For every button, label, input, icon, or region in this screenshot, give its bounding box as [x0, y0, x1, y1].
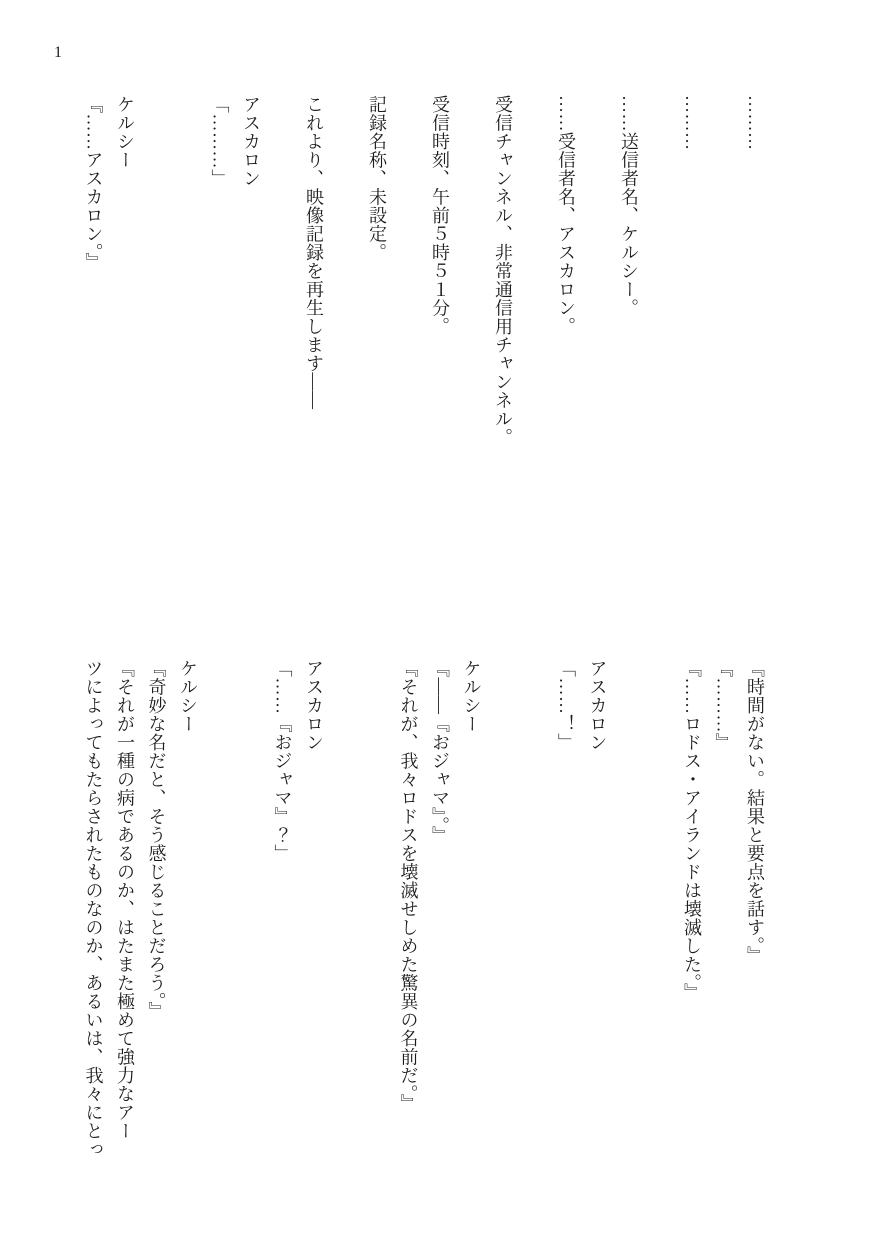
- dialogue-line: 『それが一種の病であるのか、はたまた極めて強力なアー: [109, 659, 141, 1159]
- narration-line: ………: [739, 95, 771, 447]
- dialogue-line: 「……！」: [550, 659, 582, 1159]
- dialogue-line: 『……ロドス・アイランドは壊滅した。』: [676, 659, 708, 1159]
- narration-line: これより、映像記録を再生します――: [298, 95, 330, 447]
- bottom-text-block: 『時間がない。結果と要点を話す。』『………』『……ロドス・アイランドは壊滅した。…: [77, 659, 770, 1159]
- dialogue-line: 「………」: [203, 95, 235, 447]
- dialogue-line: 『………』: [707, 659, 739, 1159]
- dialogue-line: 『時間がない。結果と要点を話す。』: [739, 659, 771, 1159]
- dialogue-line: 『奇妙な名だと、そう感じることだろう。』: [140, 659, 172, 1159]
- speaker-name-line: アスカロン: [298, 659, 330, 1159]
- page-number: 1: [54, 44, 62, 62]
- dialogue-line: ツによってもたらされたものなのか、あるいは、我々にとっ: [77, 659, 109, 1159]
- speaker-name-line: ケルシー: [455, 659, 487, 1159]
- top-text-block: ……………………送信者名、ケルシー。……受信者名、アスカロン。受信チャンネル、非…: [77, 95, 770, 447]
- narration-line: ………: [676, 95, 708, 447]
- dialogue-line: 『――『おジャマ』。』: [424, 659, 456, 1159]
- speaker-name-line: ケルシー: [109, 95, 141, 447]
- dialogue-line: 『それが、我々ロドスを壊滅せしめた驚異の名前だ。』: [392, 659, 424, 1159]
- narration-line: ……受信者名、アスカロン。: [550, 95, 582, 447]
- narration-line: 受信チャンネル、非常通信用チャンネル。: [487, 95, 519, 447]
- speaker-name-line: ケルシー: [172, 659, 204, 1159]
- narration-line: 受信時刻、午前５時５１分。: [424, 95, 456, 447]
- narration-line: 記録名称、未設定。: [361, 95, 393, 447]
- speaker-name-line: アスカロン: [235, 95, 267, 447]
- speaker-name-line: アスカロン: [581, 659, 613, 1159]
- narration-line: ……送信者名、ケルシー。: [613, 95, 645, 447]
- novel-page: 1 ……………………送信者名、ケルシー。……受信者名、アスカロン。受信チャンネル…: [0, 0, 873, 1240]
- dialogue-line: 「……『おジャマ』？」: [266, 659, 298, 1159]
- dialogue-line: 『……アスカロン。』: [77, 95, 109, 447]
